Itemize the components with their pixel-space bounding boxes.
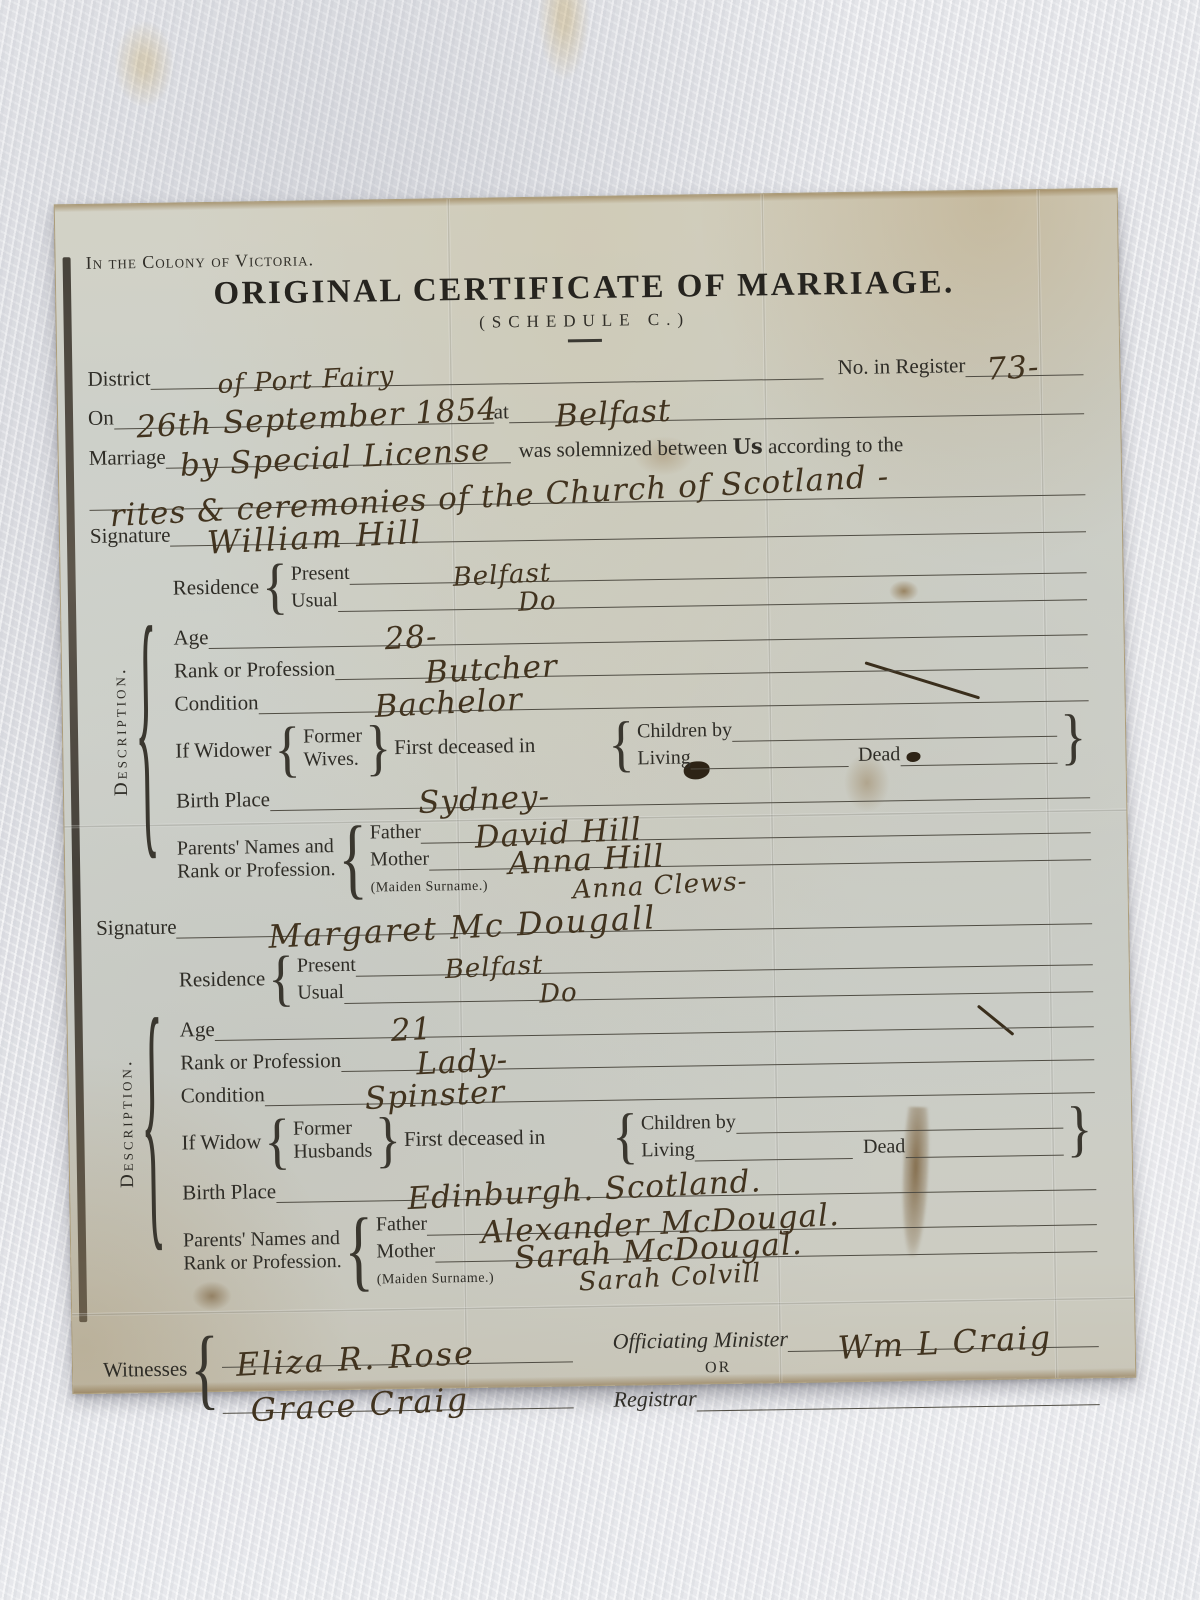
groom-signature-value: William Hill (206, 513, 423, 562)
maiden-surname-label: (Maiden Surname.) (377, 1271, 495, 1289)
groom-age-line: 28- (208, 610, 1087, 649)
father-label: Father (370, 821, 421, 845)
living-label: Living (637, 746, 691, 770)
officiating-minister-label: Officiating Minister (612, 1326, 788, 1355)
register-value: 73- (986, 349, 1041, 388)
bride-signature-line: Margaret Mc Dougall (176, 899, 1092, 938)
certificate-paper: In the Colony of Victoria. ORIGINAL CERT… (54, 188, 1137, 1395)
groom-description-block: Description. { Residence { Present Belfa… (90, 546, 1091, 901)
first-deceased-label: First deceased in (404, 1125, 545, 1151)
witnesses-section: Witnesses { Eliza R. Rose Grace Craig (102, 1303, 1099, 1421)
dead-label: Dead (863, 1135, 906, 1159)
brace: { (261, 1141, 293, 1142)
marriage-label: Marriage (89, 445, 166, 470)
husbands-label: Husbands (293, 1140, 372, 1164)
bride-dead-line (905, 1131, 1064, 1158)
brace: { (609, 1135, 641, 1136)
bride-living-dead-row: Living Dead (641, 1129, 1064, 1163)
groom-description-side: Description. { (90, 561, 151, 901)
bride-usual-value: Do (538, 978, 578, 1010)
bride-age-line: 21 (214, 1002, 1093, 1041)
brace: { (341, 1249, 376, 1250)
residence-label: Residence (173, 574, 260, 599)
groom-widower-group: If Widower { Former Wives. } First decea… (175, 709, 1090, 777)
groom-age-value: 28- (383, 619, 438, 658)
mother-label: Mother (376, 1240, 435, 1264)
groom-usual-value: Do (517, 586, 557, 618)
usual-label: Usual (291, 589, 338, 613)
registrar-label: Registrar (613, 1385, 697, 1412)
brace: } (362, 747, 394, 748)
groom-age-row: Age 28- (173, 610, 1087, 649)
groom-children-line (732, 712, 1057, 742)
bride-maiden-value: Sarah Colvill (578, 1258, 762, 1297)
wives-label: Wives. (303, 748, 362, 772)
groom-dead-line (900, 739, 1058, 766)
solemnized-pre: was solemnized between (518, 435, 727, 462)
bride-age-row: Age 21 (179, 1002, 1093, 1041)
brace: { (259, 586, 291, 587)
brace: { (335, 857, 370, 858)
schedule-dash (568, 339, 602, 343)
former-label: Former (303, 725, 362, 749)
bride-birthplace-row: Birth Place Edinburgh. Scotland. (182, 1165, 1096, 1204)
bride-living-line (694, 1134, 853, 1161)
place-line: Belfast (509, 389, 1084, 423)
present-label: Present (291, 562, 350, 586)
witness-2-line: Grace Craig (222, 1383, 573, 1414)
dead-label: Dead (858, 743, 901, 767)
parents-label-2: Rank or Profession. (183, 1250, 342, 1275)
witness-1-row: Eliza R. Rose (221, 1316, 573, 1368)
parents-label-1: Parents' Names and (177, 835, 336, 860)
register-label: No. in Register (837, 353, 965, 379)
children-by-label: Children by (637, 719, 732, 743)
birthplace-label: Birth Place (182, 1179, 276, 1205)
bride-signature-row: Signature Margaret Mc Dougall (96, 899, 1092, 940)
groom-parents-group: Parents' Names and Rank or Profession. {… (176, 806, 1091, 899)
minister-line: Wm L Craig (788, 1322, 1099, 1352)
bride-children-line (736, 1104, 1064, 1134)
groom-birthplace-row: Birth Place Sydney- (176, 773, 1090, 812)
if-widower-label: If Widower (175, 737, 272, 763)
minister-row: Officiating Minister Wm L Craig (612, 1317, 1098, 1355)
on-label: On (88, 405, 114, 430)
rank-label: Rank or Profession (180, 1048, 341, 1075)
marriage-line: by Special License (165, 438, 510, 468)
groom-description-label: Description. (109, 666, 133, 796)
bride-rank-row: Rank or Profession Lady- (180, 1035, 1094, 1074)
minister-group: Officiating Minister Wm L Craig OR Regis… (572, 1303, 1100, 1413)
rank-label: Rank or Profession (174, 656, 335, 683)
groom-birthplace-value: Sydney- (417, 778, 551, 821)
mother-label: Mother (370, 848, 429, 872)
solemnized-text: was solemnized between Us according to t… (510, 431, 903, 463)
solemnized-us: Us (732, 433, 763, 458)
solemnized-post: according to the (768, 432, 904, 458)
bride-condition-line: Spinster (265, 1068, 1095, 1106)
register-line: 73- (965, 350, 1083, 377)
groom-condition-value: Bachelor (374, 682, 524, 725)
usual-label: Usual (297, 981, 344, 1005)
bride-condition-row: Condition Spinster (181, 1068, 1095, 1107)
bride-parents-group: Parents' Names and Rank or Profession. {… (183, 1198, 1098, 1291)
bride-description-label: Description. (115, 1058, 139, 1188)
place-value: Belfast (554, 393, 672, 435)
groom-birthplace-line: Sydney- (270, 773, 1090, 811)
district-label: District (87, 366, 150, 391)
witnesses-group: Witnesses { Eliza R. Rose Grace Craig (102, 1311, 574, 1420)
brace: { (605, 743, 637, 744)
former-label: Former (293, 1117, 372, 1141)
condition-label: Condition (174, 690, 258, 715)
residence-label: Residence (179, 966, 266, 991)
bride-widow-group: If Widow { Former Husbands } First decea… (181, 1101, 1096, 1169)
groom-living-line (691, 742, 849, 769)
groom-rank-row: Rank or Profession Butcher (174, 643, 1088, 682)
date-line: 26th September 1854 (114, 399, 494, 430)
district-value: of Port Fairy (217, 361, 395, 400)
children-by-label: Children by (641, 1111, 736, 1135)
district-line: of Port Fairy (150, 354, 824, 390)
brace: } (1063, 1128, 1095, 1129)
groom-living-dead-row: Living Dead (637, 737, 1058, 771)
living-label: Living (641, 1138, 695, 1162)
parents-label-2: Rank or Profession. (177, 858, 336, 883)
brace: { (187, 1368, 222, 1369)
bride-description-side: Description. { (96, 953, 157, 1293)
age-label: Age (173, 625, 208, 650)
parents-label-1: Parents' Names and (183, 1227, 342, 1252)
age-label: Age (180, 1017, 215, 1042)
brace: { (265, 978, 297, 979)
bride-age-value: 21 (390, 1011, 433, 1049)
groom-maiden-value: Anna Clews- (572, 867, 748, 906)
condition-label: Condition (181, 1082, 265, 1107)
witnesses-label: Witnesses (103, 1356, 188, 1381)
bride-description-block: Description. { Residence { Present Belfa… (96, 938, 1097, 1293)
birthplace-label: Birth Place (176, 787, 270, 813)
if-widow-label: If Widow (181, 1129, 261, 1154)
brace: { (271, 749, 303, 750)
groom-rank-line: Butcher (335, 643, 1088, 680)
brace: } (372, 1139, 404, 1140)
district-row: District of Port Fairy No. in Register 7… (87, 350, 1083, 391)
bride-rank-line: Lady- (341, 1035, 1094, 1072)
groom-condition-line: Bachelor (258, 676, 1088, 714)
first-deceased-label: First deceased in (394, 733, 535, 759)
maiden-surname-label: (Maiden Surname.) (371, 879, 489, 897)
bride-signature-label: Signature (96, 914, 177, 939)
brace: } (1057, 736, 1089, 737)
present-label: Present (297, 954, 356, 978)
